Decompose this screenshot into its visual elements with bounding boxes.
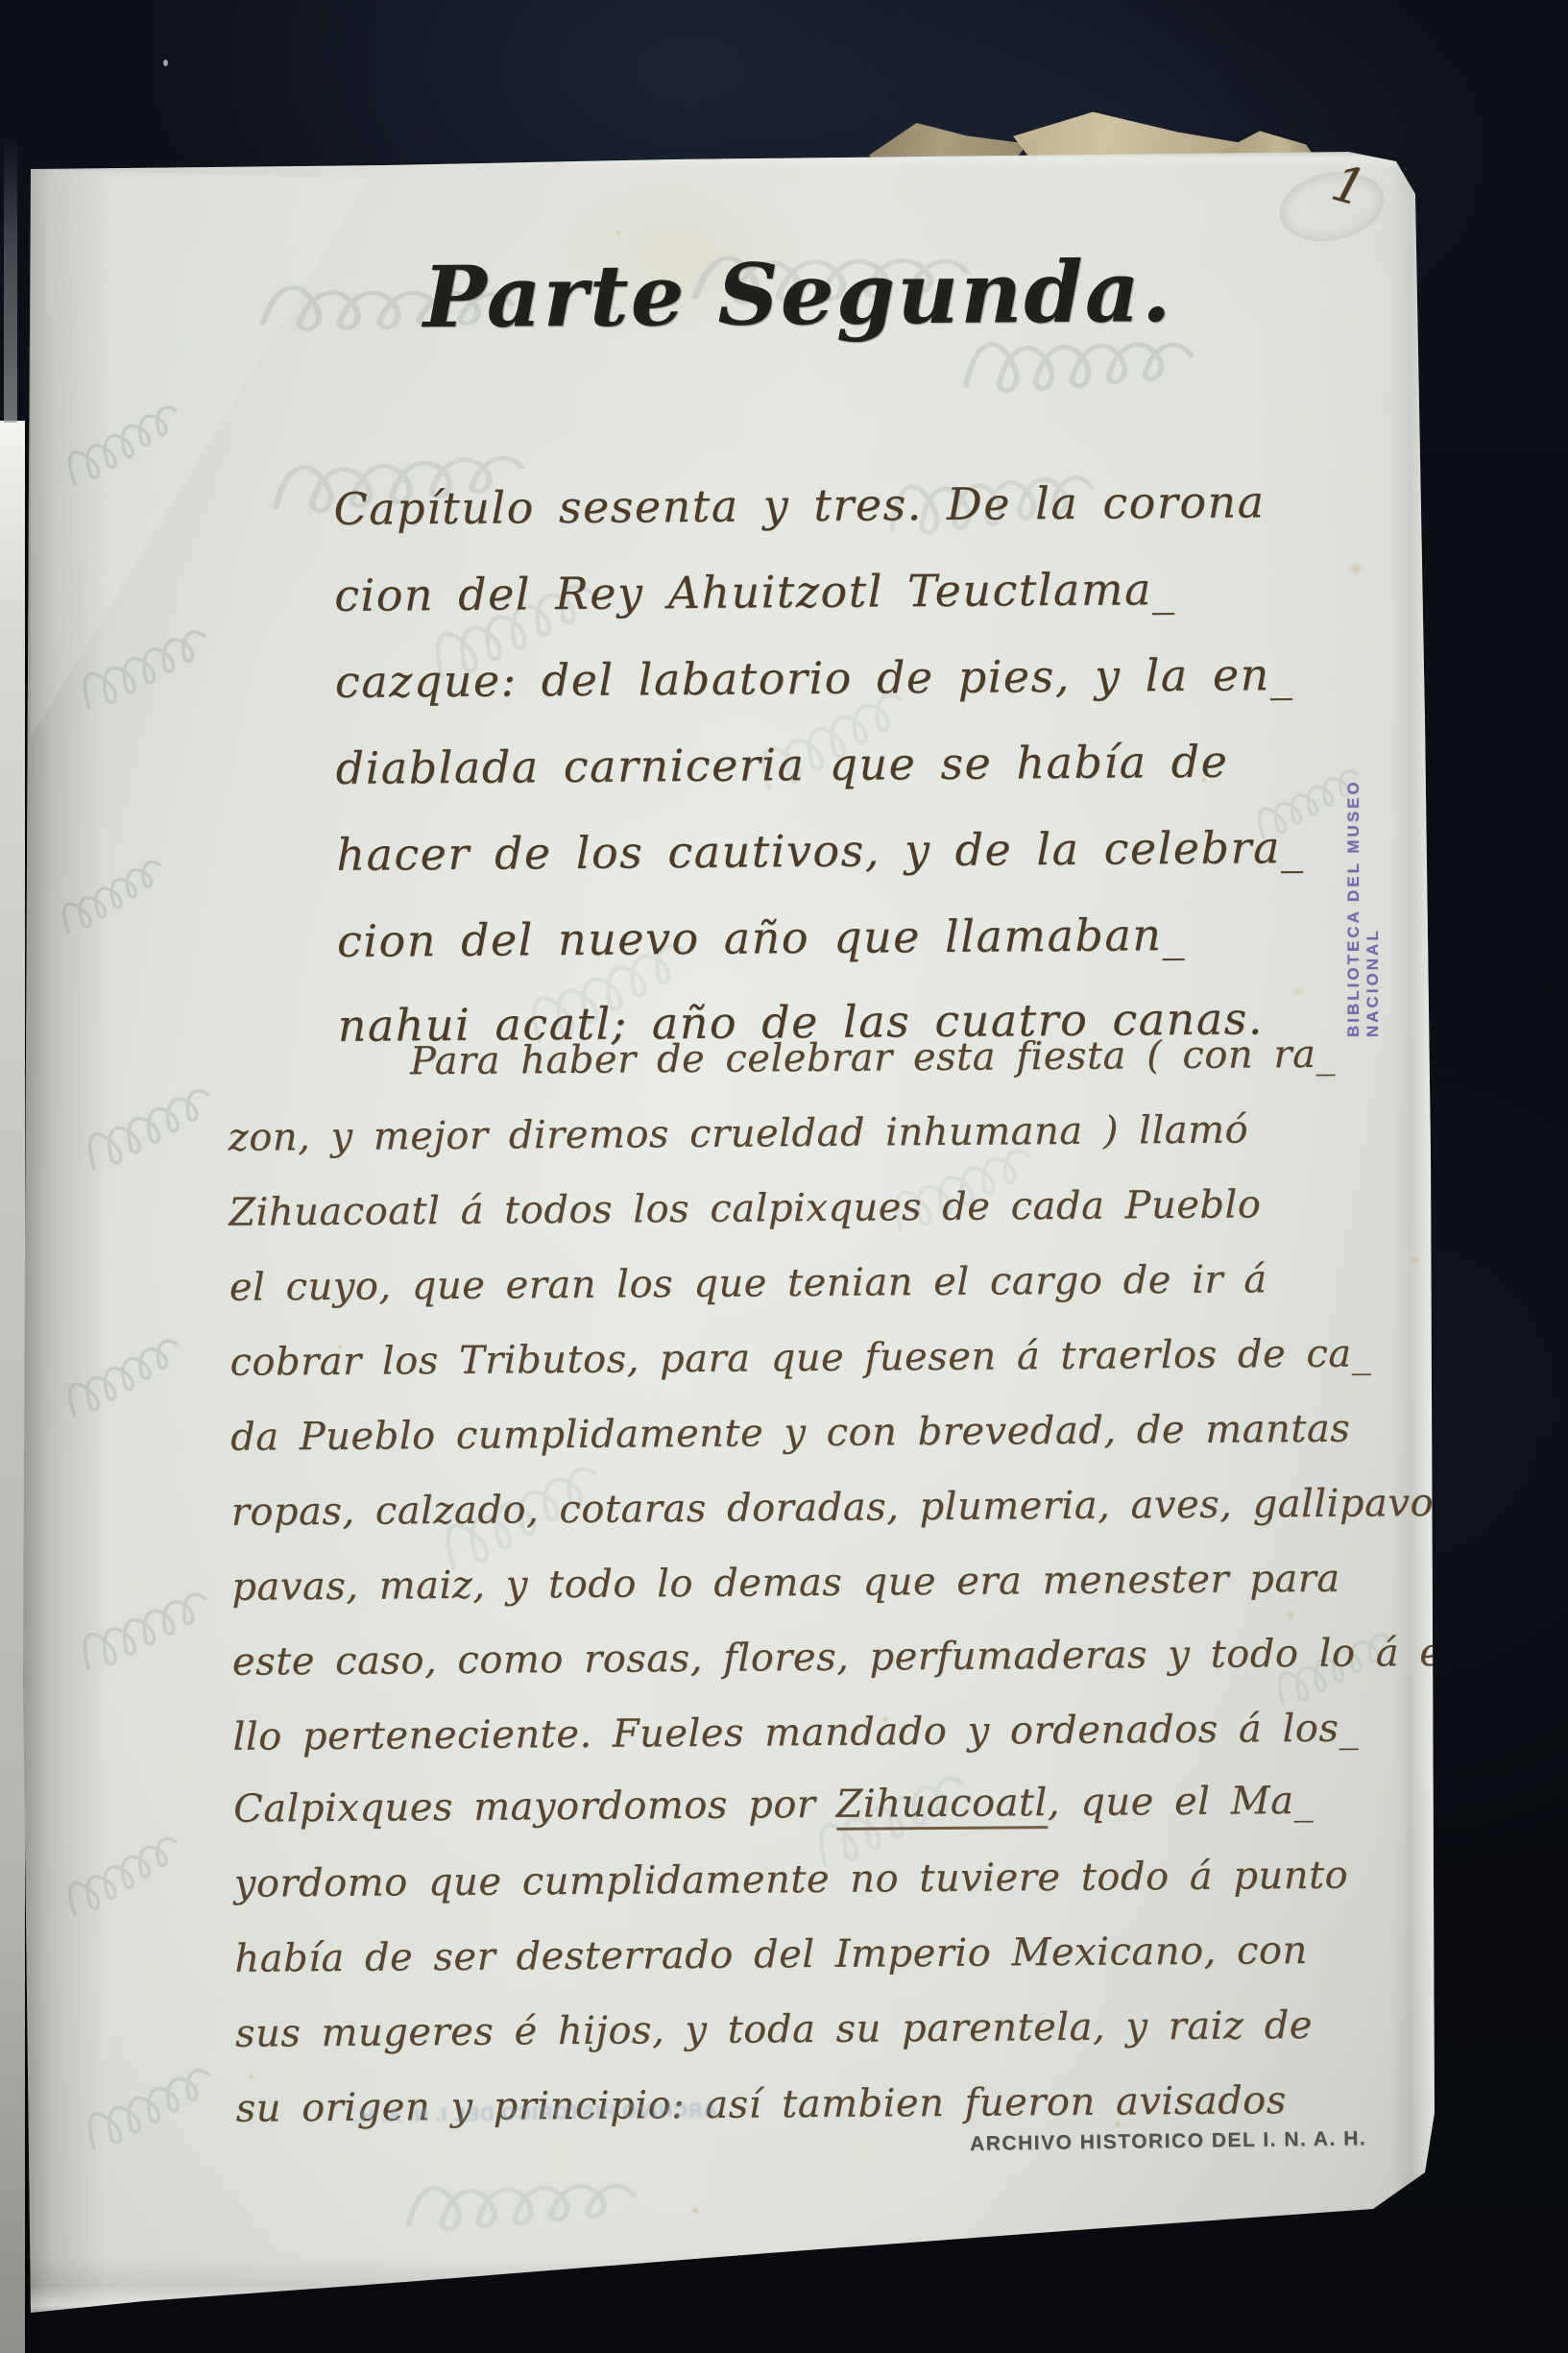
manuscript-line: da Pueblo cumplidamente y con brevedad, …: [230, 1407, 1351, 1460]
chapter-line: cion del nuevo año que llamaban_: [337, 909, 1186, 967]
manuscript-line: cobrar los Tributos, para que fuesen á t…: [229, 1331, 1371, 1384]
line-text: , que el Ma_: [1048, 1779, 1315, 1825]
page-title: Parte Segunda.: [422, 241, 1153, 347]
chapter-line: cazque: del labatorio de pies, y la en_: [335, 648, 1294, 708]
manuscript-line: Zihuacoatl á todos los calpixques de cad…: [229, 1182, 1261, 1234]
manuscript-line: ropas, calzado, cotaras doradas, plumeri…: [231, 1481, 1455, 1535]
underlined-word: Zihuacoatl: [835, 1781, 1048, 1831]
manuscript-line: el cuyo, que eran los que tenian el carg…: [229, 1257, 1267, 1309]
manuscript-line: Para haber de celebrar esta fiesta ( con…: [410, 1032, 1336, 1084]
chapter-line: Capítulo sesenta y tres. De la corona: [333, 475, 1265, 535]
manuscript-line: sus mugeres é hijos, y toda su parentela…: [235, 2003, 1313, 2056]
manuscript-line: yordomo que cumplidamente no tuviere tod…: [234, 1854, 1349, 1906]
manuscript-line: este caso, como rosas, flores, perfumade…: [232, 1631, 1462, 1685]
handwritten-content: Parte Segunda. Capítulo sesenta y tres. …: [21, 133, 1475, 2323]
manuscript-page: Parte Segunda. Capítulo sesenta y tres. …: [21, 144, 1458, 2322]
manuscript-line: pavas, maiz, y todo lo demas que era men…: [231, 1557, 1340, 1610]
chapter-line: hacer de los cautivos, y de la celebra_: [336, 821, 1304, 881]
line-text: Calpixques mayordomos por: [233, 1783, 836, 1831]
library-stamp: BIBLIOTECA DEL MUSEO NACIONAL: [1344, 720, 1383, 1037]
manuscript-line: zon, y mejor diremos crueldad inhumana )…: [228, 1107, 1248, 1159]
chapter-line: cion del Rey Ahuitzotl Teuctlama_: [334, 563, 1176, 621]
dust-speck: [163, 60, 168, 66]
manuscript-line: llo perteneciente. Fueles mandado y orde…: [232, 1707, 1359, 1759]
adjacent-page-edge: [0, 421, 25, 2353]
manuscript-line: Calpixques mayordomos por Zihuacoatl, qu…: [233, 1779, 1314, 1831]
binding-edge: [4, 134, 17, 423]
manuscript-line: había de ser desterrado del Imperio Mexi…: [234, 1928, 1308, 1981]
chapter-line: diablada carniceria que se había de: [335, 736, 1228, 794]
